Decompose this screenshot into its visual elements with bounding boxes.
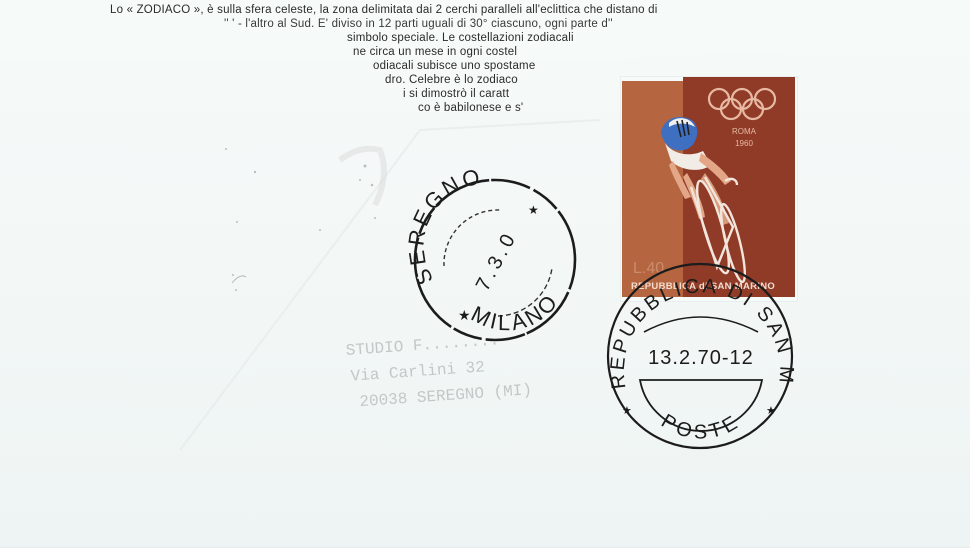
postmark-top-text: SEREGNO xyxy=(403,168,484,289)
svg-text:MILANO: MILANO xyxy=(467,288,564,335)
svg-text:★: ★ xyxy=(622,405,632,417)
svg-text:POSTE: POSTE xyxy=(657,410,744,443)
insert-text-line: co è babilonese e s' xyxy=(418,101,523,116)
postmark-top-text: REPUBBLICA DI SAN MARINO xyxy=(600,252,797,390)
envelope-back: Lo « ZODIACO », è sulla sfera celeste, l… xyxy=(0,0,970,548)
svg-text:SEREGNO: SEREGNO xyxy=(403,168,484,289)
svg-text:REPUBBLICA DI SAN MARINO: REPUBBLICA DI SAN MARINO xyxy=(600,252,797,390)
stamp-year: 1960 xyxy=(735,139,753,148)
insert-text-line: simbolo speciale. Le costellazioni zodia… xyxy=(347,31,574,46)
insert-text-line: dro. Celebre è lo zodiaco xyxy=(385,73,518,88)
insert-text-line: ne circa un mese in ogni costel xyxy=(353,45,517,60)
insert-text-line: Lo « ZODIACO », è sulla sfera celeste, l… xyxy=(110,3,658,18)
svg-text:★: ★ xyxy=(458,307,471,323)
insert-text-line: '' ' - l'altro al Sud. E' diviso in 12 p… xyxy=(224,17,613,32)
postmark-date: 13.2.70-12 xyxy=(648,347,754,369)
postmark-seregno: SEREGNO MILANO 7.3.0 ★ ★ xyxy=(400,168,590,352)
postmark-san-marino: REPUBBLICA DI SAN MARINO POSTE 13.2.70-1… xyxy=(600,252,800,450)
insert-text-line: odiacali subisce uno spostame xyxy=(373,59,535,74)
stamp-event: ROMA xyxy=(732,127,757,136)
svg-text:★: ★ xyxy=(766,405,776,417)
postmark-bottom-text: MILANO xyxy=(467,288,564,335)
svg-text:★: ★ xyxy=(528,203,539,217)
postmark-bottom-text: POSTE xyxy=(657,410,744,443)
postmark-date: 7.3.0 xyxy=(472,227,522,294)
insert-text-line: i si dimostrò il caratt xyxy=(403,87,509,102)
